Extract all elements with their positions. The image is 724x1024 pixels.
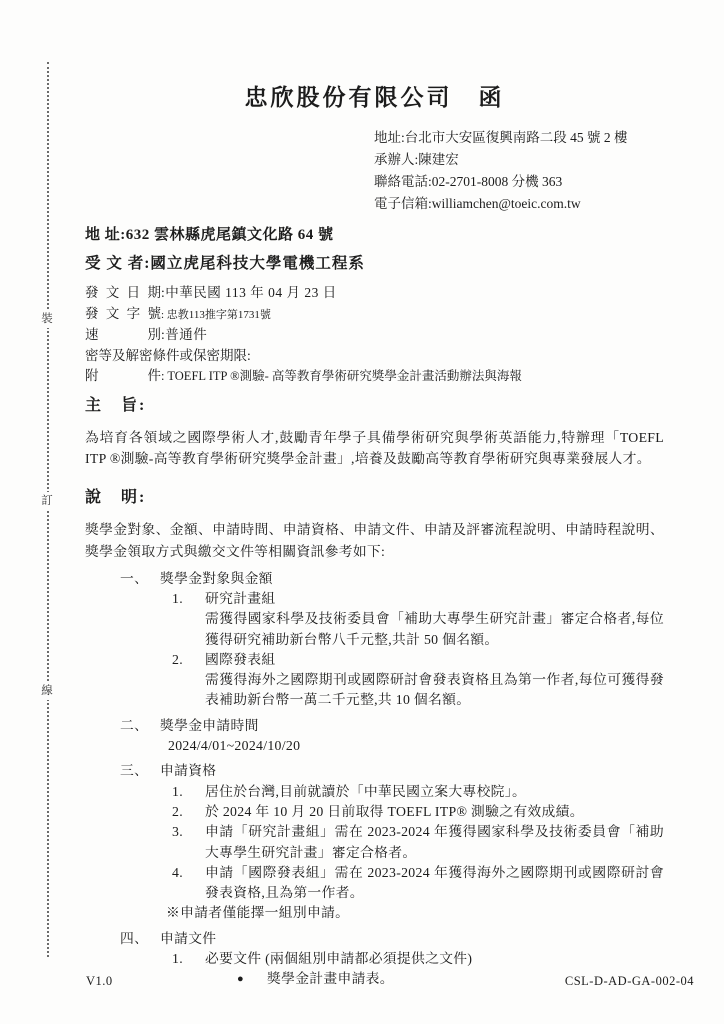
- doc-number-label: 發文字號: [85, 304, 161, 325]
- bullet-circle-icon: ●: [237, 969, 267, 989]
- section-2-title: 獎學金申請時間: [160, 716, 664, 736]
- section-3-item-4: 4. 申請「國際發表組」需在 2023-2024 年獲得海外之國際期刊或國際研討…: [172, 863, 664, 904]
- recipient-line: 受 文 者:國立虎尾科技大學電機工程系: [85, 252, 664, 276]
- attachment-label: 附件: [85, 366, 161, 387]
- binding-mark-zhuang: 裝: [38, 310, 56, 328]
- footer-doc-code: CSL-D-AD-GA-002-04: [565, 974, 694, 989]
- section-2-date-range: 2024/4/01~2024/10/20: [168, 736, 664, 756]
- section-3-note: ※申請者僅能擇一組別申請。: [166, 903, 664, 923]
- delivery-class-row: 速別:普通件: [85, 325, 664, 346]
- doc-date-value: :中華民國 113 年 04 月 23 日: [161, 285, 337, 300]
- section-1-item-1-body: 需獲得國家科學及技術委員會「補助大專學生研究計畫」審定合格者,每位獲得研究補助新…: [205, 609, 664, 650]
- section-1-item-2: 2. 國際發表組 需獲得海外之國際期刊或國際研討會發表資格且為第一作者,每位可獲…: [172, 650, 664, 711]
- sender-email-line: 電子信箱:williamchen@toeic.com.tw: [374, 193, 664, 215]
- sender-phone-line: 聯絡電話:02-2701-8008 分機 363: [374, 171, 664, 193]
- section-1-item-1-title: 研究計畫組: [205, 589, 664, 609]
- letter-title: 忠欣股份有限公司 函: [85, 82, 664, 114]
- section-3-item-4-body: 申請「國際發表組」需在 2023-2024 年獲得海外之國際期刊或國際研討會發表…: [205, 863, 664, 904]
- section-1-title: 獎學金對象與金額: [160, 569, 664, 589]
- footer-version: V1.0: [86, 974, 113, 989]
- section-2-number: 二、: [120, 716, 160, 757]
- section-3-item-4-number: 4.: [172, 863, 205, 904]
- security-grade-label: 密等及解密條件或保密期限: [85, 348, 247, 363]
- description-intro: 獎學金對象、金額、申請時間、申請資格、申請文件、申請及評審流程說明、申請時程說明…: [85, 519, 664, 563]
- binding-mark-ding: 訂: [38, 492, 56, 510]
- section-1-item-2-body: 需獲得海外之國際期刊或國際研討會發表資格且為第一作者,每位可獲得發表補助新台幣一…: [205, 670, 664, 711]
- section-3-item-1-body: 居住於台灣,目前就讀於「中華民國立案大專校院」。: [205, 782, 664, 802]
- section-1-item-2-number: 2.: [172, 650, 205, 711]
- attachment-row: 附件: TOEFL ITP ®測驗- 高等教育學術研究獎學金計畫活動辦法與海報: [85, 366, 664, 387]
- sender-address-line: 地址:台北市大安區復興南路二段 45 號 2 樓: [374, 127, 664, 149]
- section-3-item-2-body: 於 2024 年 10 月 20 日前取得 TOEFL ITP® 測驗之有效成績…: [205, 802, 664, 822]
- description-sections: 一、 獎學金對象與金額 1. 研究計畫組 需獲得國家科學及技術委員會「補助大專學…: [85, 569, 664, 990]
- section-1-award-targets: 一、 獎學金對象與金額 1. 研究計畫組 需獲得國家科學及技術委員會「補助大專學…: [120, 569, 664, 711]
- section-1-item-2-title: 國際發表組: [205, 650, 664, 670]
- sender-contact-person-line: 承辦人:陳建宏: [374, 149, 664, 171]
- section-2-application-period: 二、 獎學金申請時間 2024/4/01~2024/10/20: [120, 716, 664, 757]
- description-label: 說 明:: [85, 486, 664, 510]
- section-4-title: 申請文件: [160, 929, 664, 949]
- document-meta-block: 發文日期:中華民國 113 年 04 月 23 日 發文字號: 忠教113推字第…: [85, 283, 664, 387]
- section-4-item-1-title: 必要文件 (兩個組別申請都必須提供之文件): [205, 949, 664, 969]
- section-1-number: 一、: [120, 569, 160, 711]
- section-1-item-1: 1. 研究計畫組 需獲得國家科學及技術委員會「補助大專學生研究計畫」審定合格者,…: [172, 589, 664, 650]
- doc-date-label: 發文日期: [85, 283, 161, 304]
- section-3-item-3-number: 3.: [172, 822, 205, 863]
- delivery-class-value: :普通件: [161, 327, 207, 342]
- doc-number-value: : 忠教113推字第1731號: [161, 309, 271, 321]
- section-1-item-1-number: 1.: [172, 589, 205, 650]
- scanned-letter-page: 裝 訂 線 忠欣股份有限公司 函 地址:台北市大安區復興南路二段 45 號 2 …: [0, 0, 724, 1024]
- binding-mark-xian: 線: [38, 682, 56, 700]
- recipient-address-line: 地 址:632 雲林縣虎尾鎮文化路 64 號: [85, 224, 664, 246]
- section-4-number: 四、: [120, 929, 160, 990]
- section-3-number: 三、: [120, 761, 160, 923]
- section-4-item-1-number: 1.: [172, 949, 205, 990]
- section-3-eligibility: 三、 申請資格 1. 居住於台灣,目前就讀於「中華民國立案大專校院」。 2. 於…: [120, 761, 664, 923]
- security-grade-row: 密等及解密條件或保密期限:: [85, 346, 664, 367]
- subject-body: 為培育各領域之國際學術人才,鼓勵青年學子具備學術研究與學術英語能力,特辦理「TO…: [85, 427, 664, 471]
- delivery-class-label: 速別: [85, 325, 161, 346]
- section-3-item-2-number: 2.: [172, 802, 205, 822]
- subject-label: 主 旨:: [85, 394, 664, 418]
- section-3-item-1-number: 1.: [172, 782, 205, 802]
- letter-content: 忠欣股份有限公司 函 地址:台北市大安區復興南路二段 45 號 2 樓 承辦人:…: [85, 0, 664, 990]
- doc-number-row: 發文字號: 忠教113推字第1731號: [85, 304, 664, 326]
- sender-info-block: 地址:台北市大安區復興南路二段 45 號 2 樓 承辦人:陳建宏 聯絡電話:02…: [374, 127, 664, 215]
- security-grade-value: :: [247, 348, 251, 363]
- doc-date-row: 發文日期:中華民國 113 年 04 月 23 日: [85, 283, 664, 304]
- section-3-item-1: 1. 居住於台灣,目前就讀於「中華民國立案大專校院」。: [172, 782, 664, 802]
- section-3-item-2: 2. 於 2024 年 10 月 20 日前取得 TOEFL ITP® 測驗之有…: [172, 802, 664, 822]
- section-3-item-3-body: 申請「研究計畫組」需在 2023-2024 年獲得國家科學及技術委員會「補助大專…: [205, 822, 664, 863]
- section-3-title: 申請資格: [160, 761, 664, 781]
- attachment-value: : TOEFL ITP ®測驗- 高等教育學術研究獎學金計畫活動辦法與海報: [161, 369, 522, 383]
- section-3-item-3: 3. 申請「研究計畫組」需在 2023-2024 年獲得國家科學及技術委員會「補…: [172, 822, 664, 863]
